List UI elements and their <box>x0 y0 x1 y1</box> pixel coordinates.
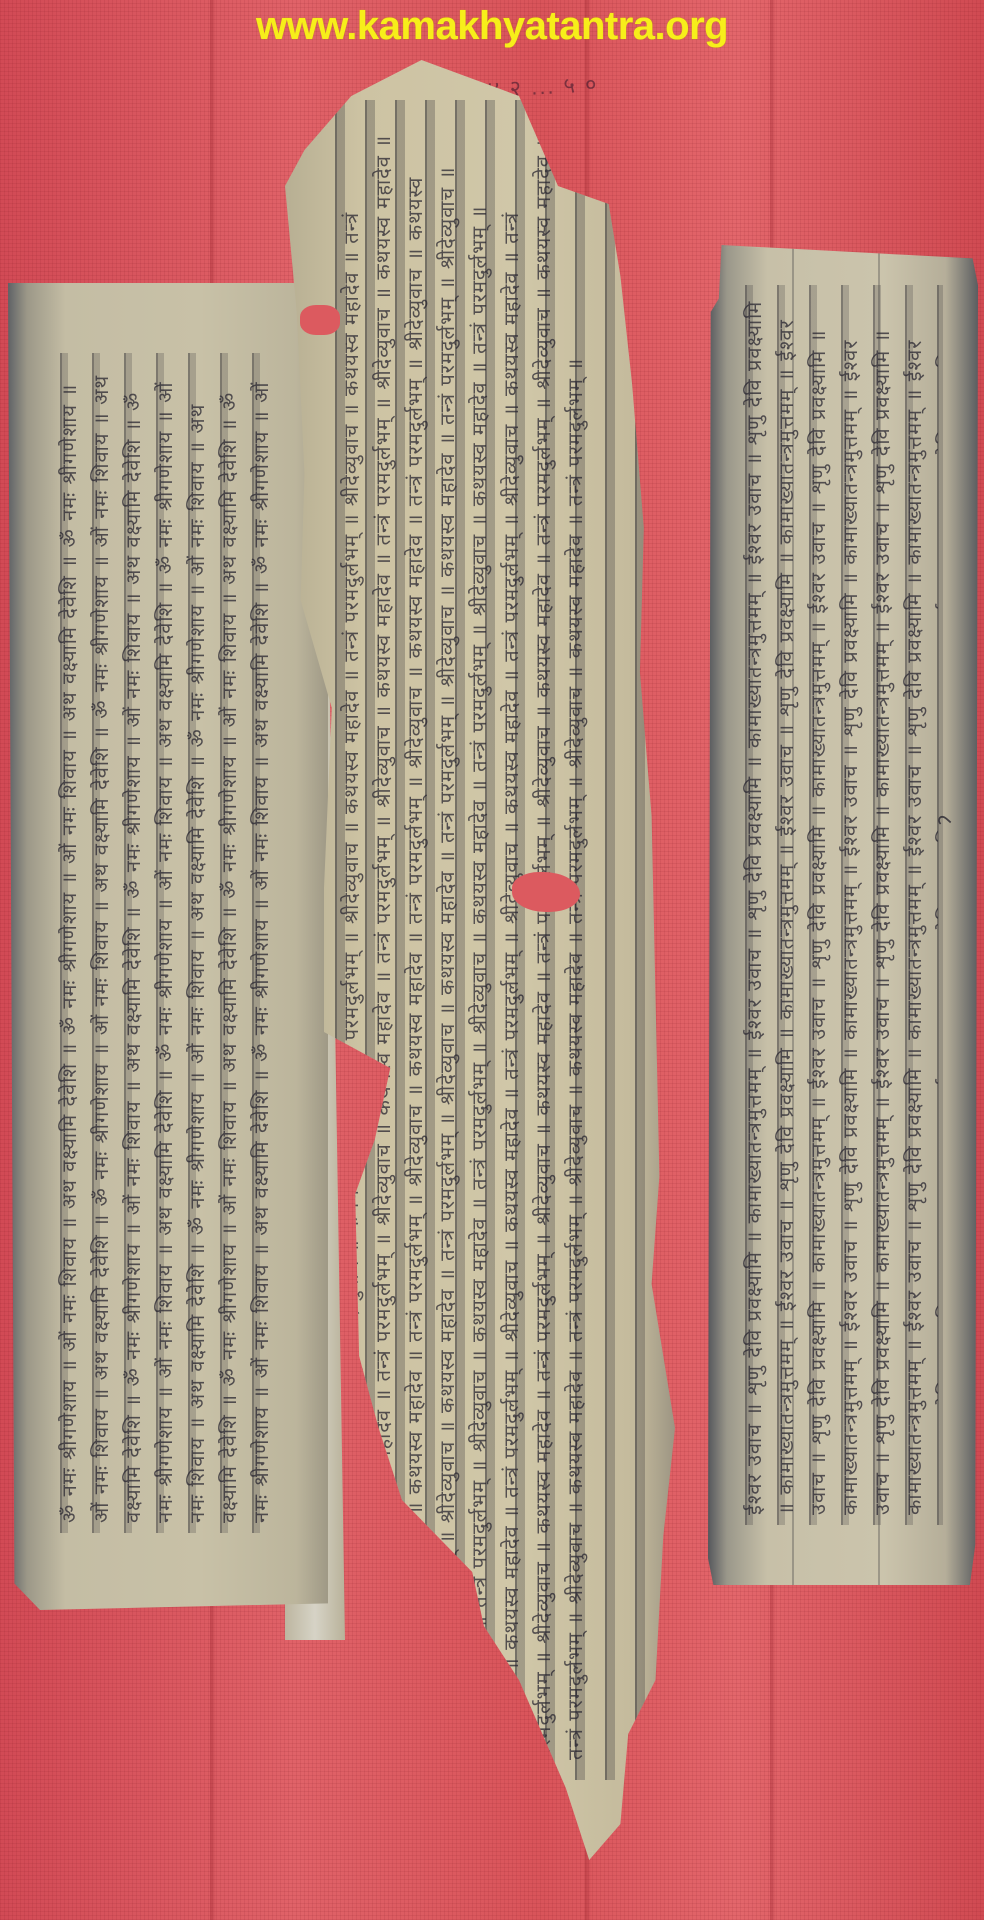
folio-number: ८ <box>931 814 961 825</box>
watermark-url: www.kamakhyatantra.org <box>0 4 984 49</box>
manuscript-leaf-right: ईश्वर उवाच ॥ शृणु देवि प्रवक्ष्यामि ॥ का… <box>708 245 978 1585</box>
torn-hole <box>300 305 340 335</box>
manuscript-leaf-left: ॐ नमः श्रीगणेशाय ॥ ओं नमः शिवाय ॥ अथ वक्… <box>8 283 328 1610</box>
torn-hole <box>512 872 580 912</box>
devanagari-text: ॐ नमः श्रीगणेशाय ॥ ओं नमः शिवाय ॥ अथ वक्… <box>53 363 268 1523</box>
devanagari-text: ईश्वर उवाच ॥ शृणु देवि प्रवक्ष्यामि ॥ का… <box>738 295 938 1515</box>
